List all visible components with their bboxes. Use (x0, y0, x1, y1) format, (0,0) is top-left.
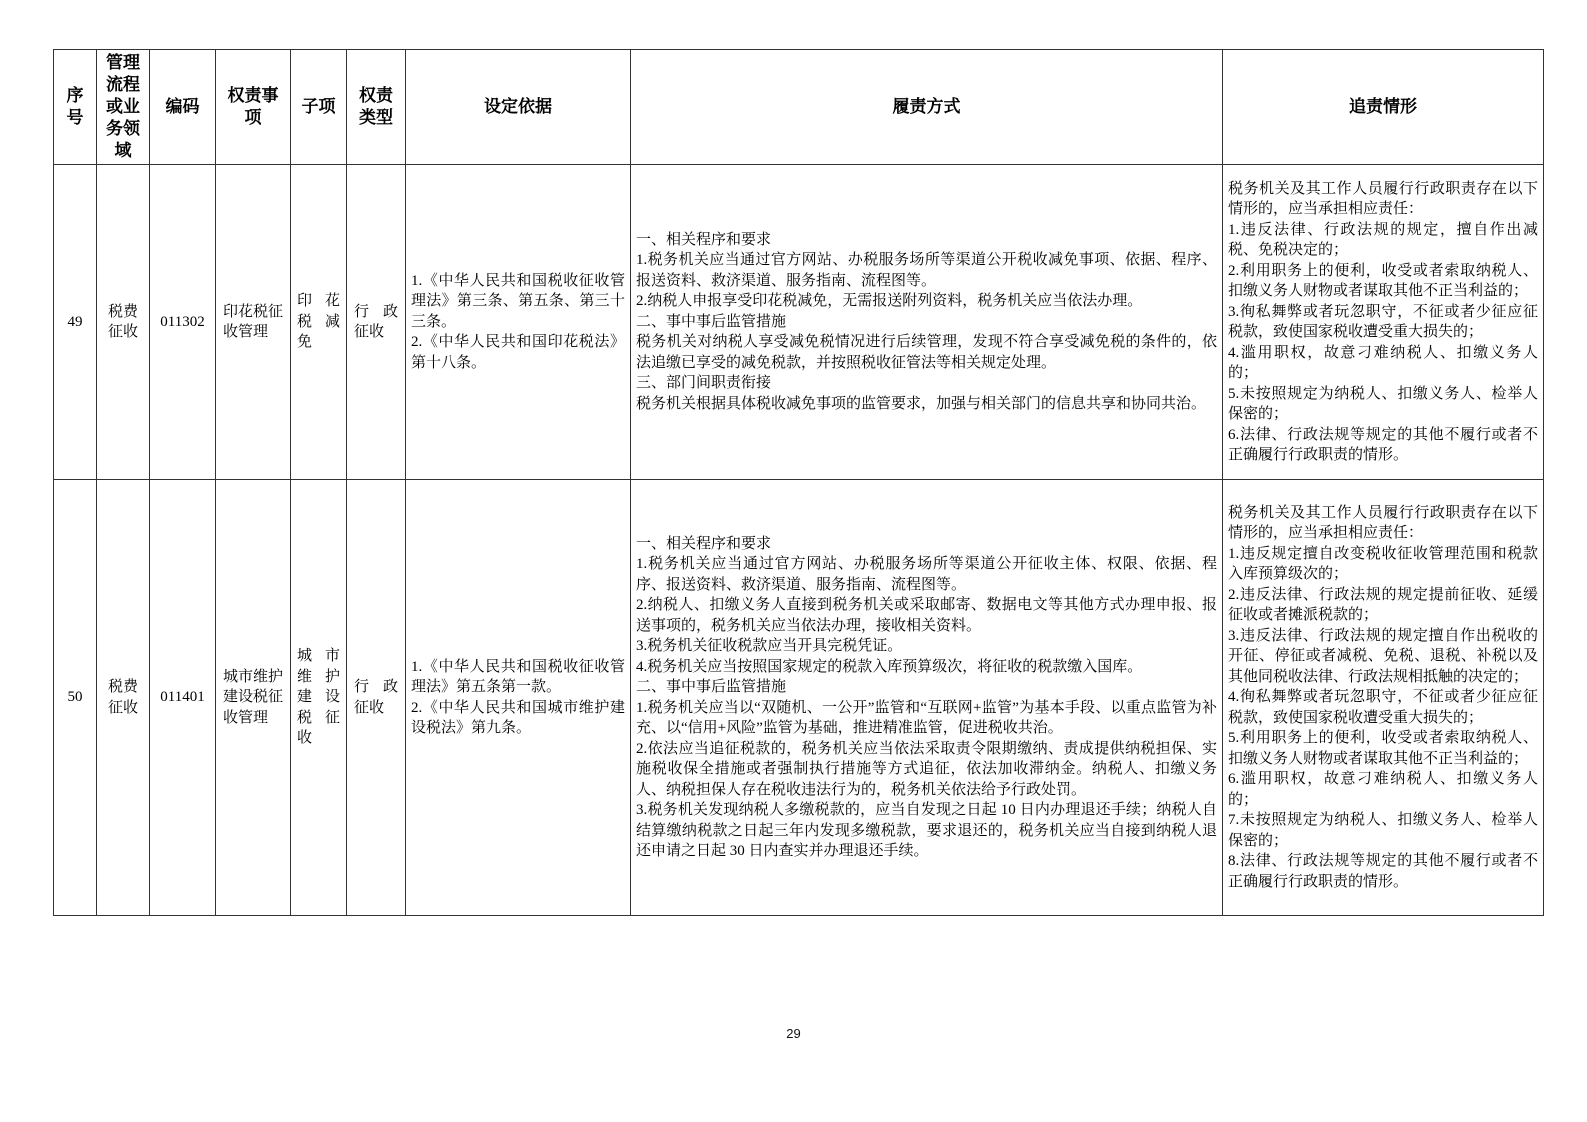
cell-performance: 一、相关程序和要求 1.税务机关应当通过官方网站、办税服务场所等渠道公开征收主体… (631, 480, 1223, 916)
cell-code: 011401 (150, 480, 216, 916)
header-area: 管理流程或业务领域 (97, 50, 150, 165)
header-code: 编码 (150, 50, 216, 165)
header-matter: 权责事项 (216, 50, 291, 165)
cell-type: 行政征收 (347, 165, 406, 480)
responsibility-table: 序号 管理流程或业务领域 编码 权责事项 子项 权责类型 设定依据 履责方式 追… (53, 49, 1544, 916)
header-seq: 序号 (54, 50, 97, 165)
cell-basis: 1.《中华人民共和国税收征收管理法》第五条第一款。 2.《中华人民共和国城市维护… (406, 480, 631, 916)
header-performance: 履责方式 (631, 50, 1223, 165)
header-basis: 设定依据 (406, 50, 631, 165)
cell-seq: 49 (54, 165, 97, 480)
cell-area: 税费征收 (97, 480, 150, 916)
document-page: 序号 管理流程或业务领域 编码 权责事项 子项 权责类型 设定依据 履责方式 追… (0, 0, 1587, 1122)
cell-sub-item: 城市维护建设税征收 (291, 480, 347, 916)
cell-accountability: 税务机关及其工作人员履行行政职责存在以下情形的，应当承担相应责任： 1.违反法律… (1223, 165, 1544, 480)
header-accountability: 追责情形 (1223, 50, 1544, 165)
table-row: 49 税费征收 011302 印花税征收管理 印花税减免 行政征收 1.《中华人… (54, 165, 1544, 480)
cell-performance: 一、相关程序和要求 1.税务机关应当通过官方网站、办税服务场所等渠道公开税收减免… (631, 165, 1223, 480)
cell-matter: 城市维护建设税征收管理 (216, 480, 291, 916)
cell-accountability: 税务机关及其工作人员履行行政职责存在以下情形的，应当承担相应责任： 1.违反规定… (1223, 480, 1544, 916)
header-sub-item: 子项 (291, 50, 347, 165)
cell-matter: 印花税征收管理 (216, 165, 291, 480)
header-type: 权责类型 (347, 50, 406, 165)
table-row: 50 税费征收 011401 城市维护建设税征收管理 城市维护建设税征收 行政征… (54, 480, 1544, 916)
cell-basis: 1.《中华人民共和国税收征收管理法》第三条、第五条、第三十三条。 2.《中华人民… (406, 165, 631, 480)
table-header-row: 序号 管理流程或业务领域 编码 权责事项 子项 权责类型 设定依据 履责方式 追… (54, 50, 1544, 165)
cell-sub-item: 印花税减免 (291, 165, 347, 480)
cell-code: 011302 (150, 165, 216, 480)
cell-seq: 50 (54, 480, 97, 916)
cell-area: 税费征收 (97, 165, 150, 480)
cell-type: 行政征收 (347, 480, 406, 916)
page-number: 29 (0, 1026, 1587, 1041)
